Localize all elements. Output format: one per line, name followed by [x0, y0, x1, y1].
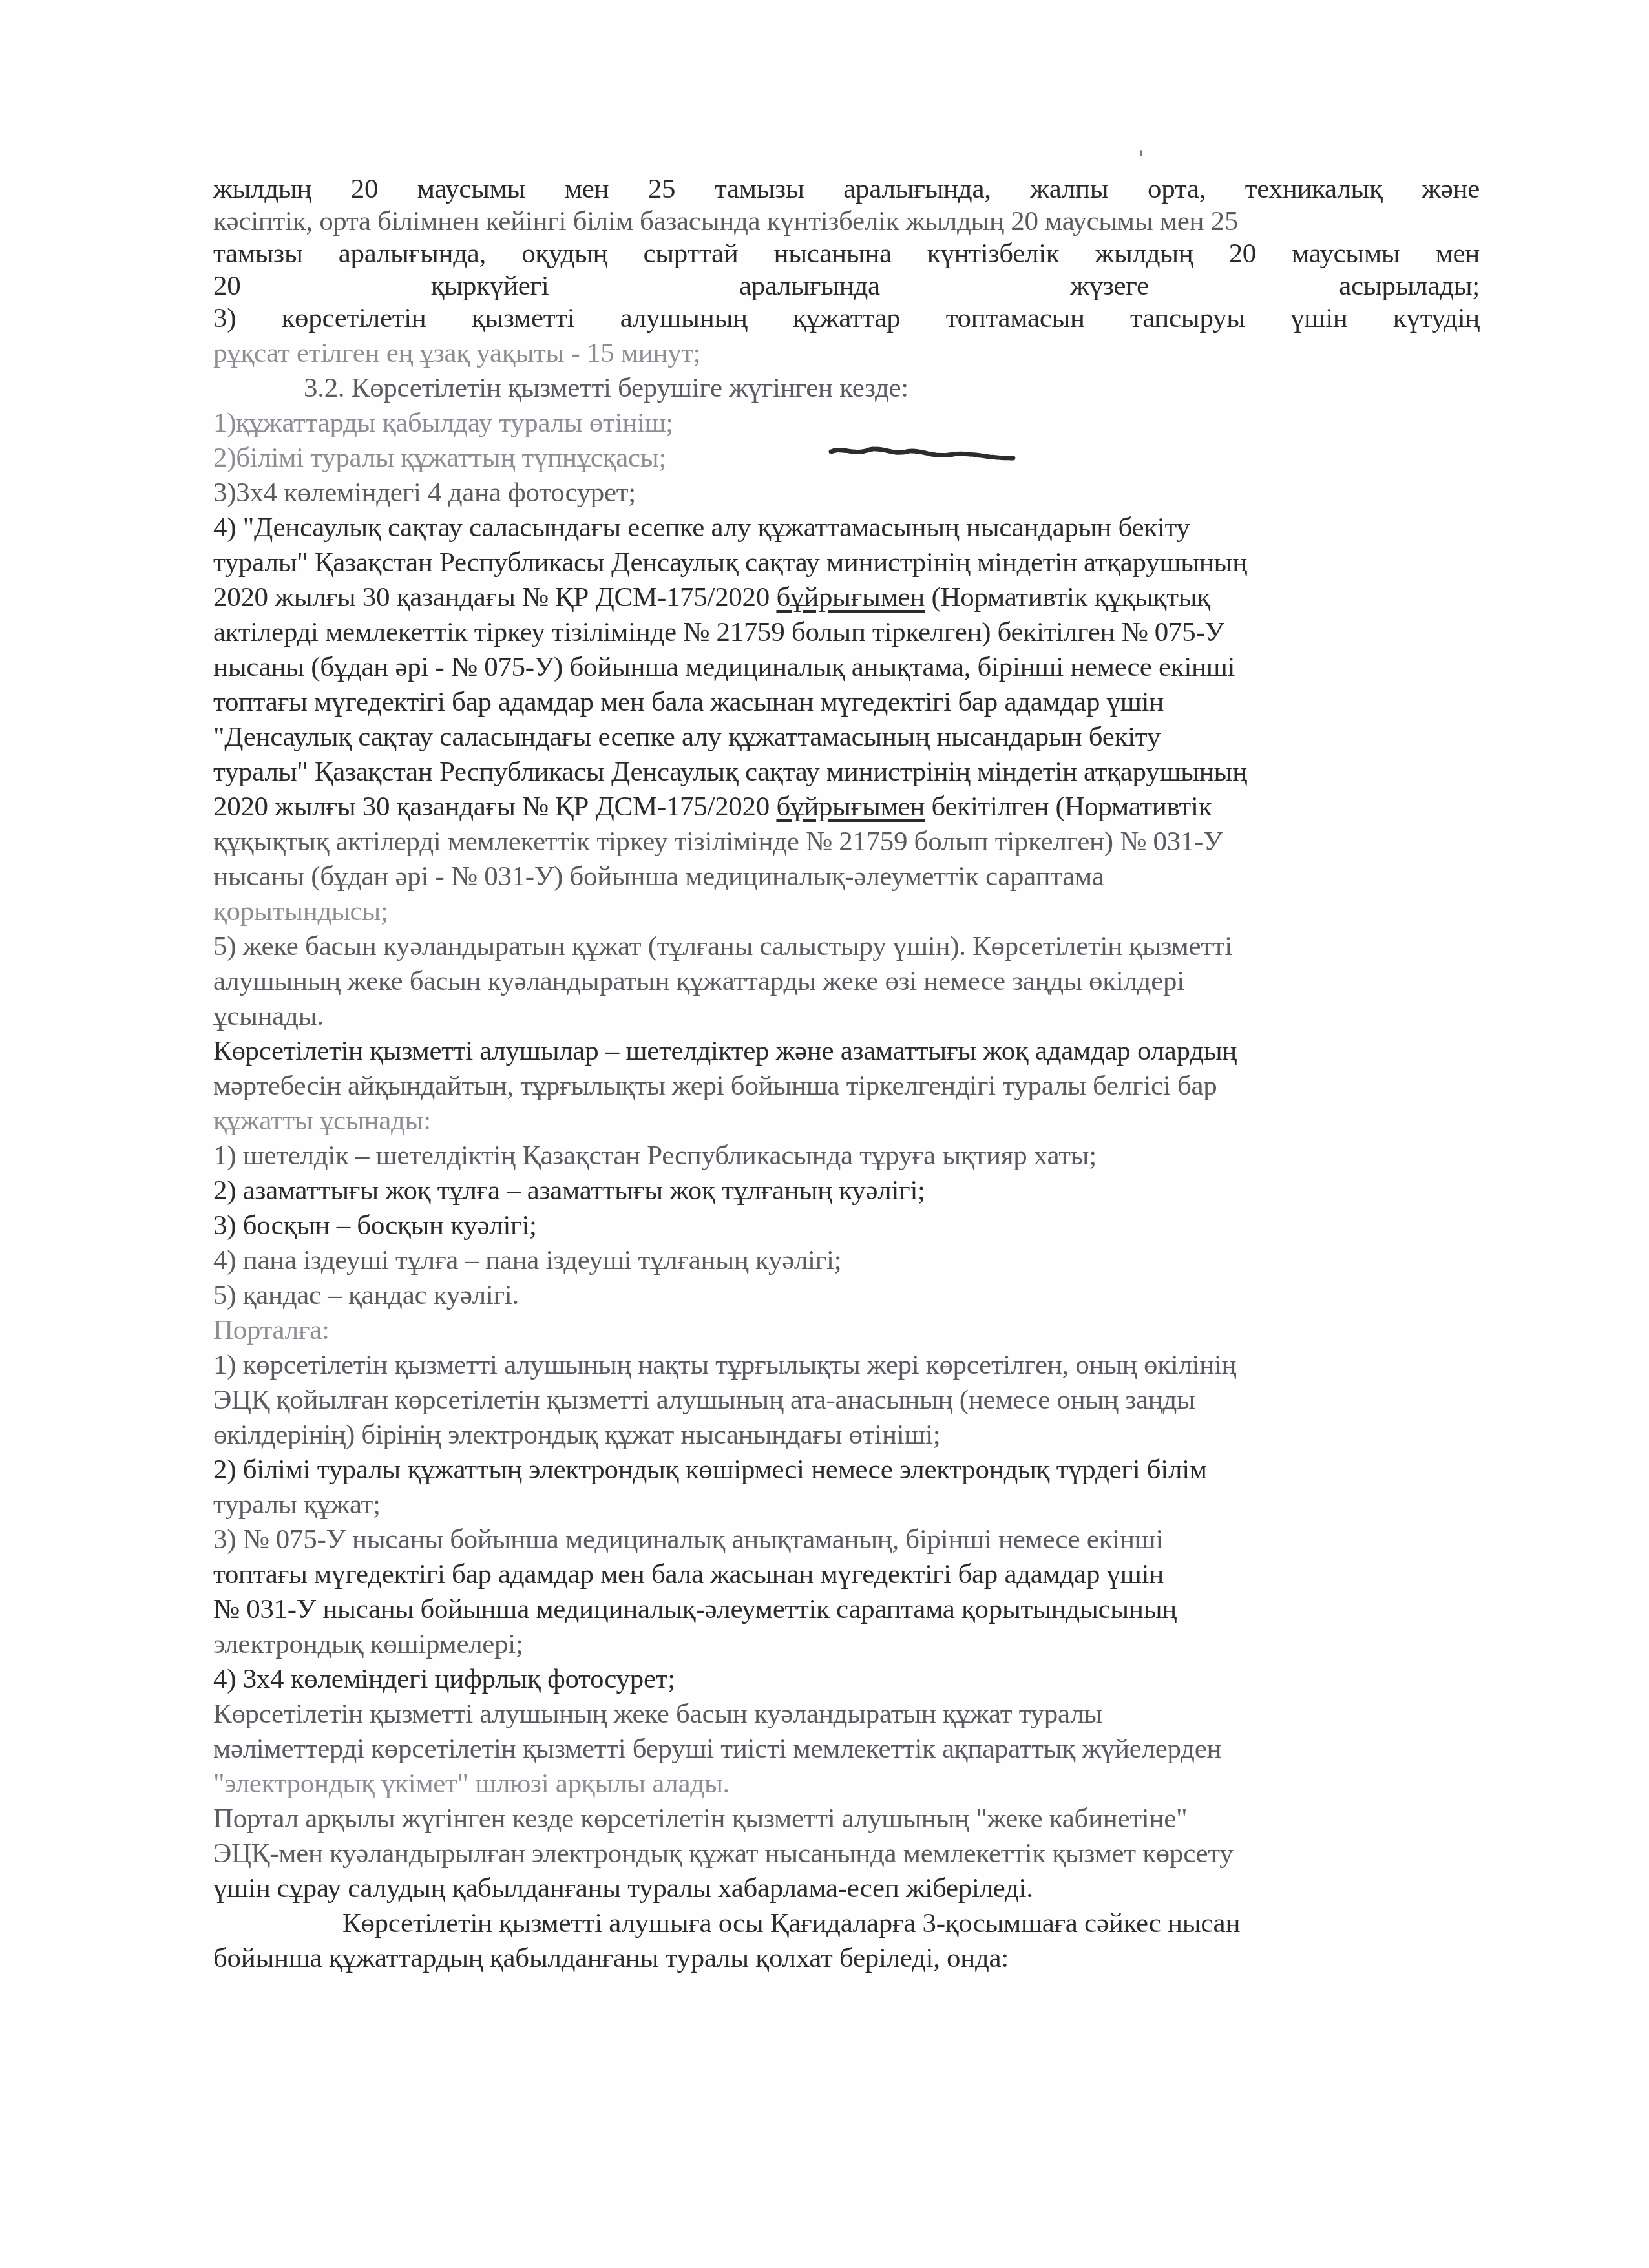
- text-line: 4) пана іздеуші тұлға – пана іздеуші тұл…: [213, 1244, 1480, 1277]
- text-segment: 2020 жылғы 30 қазандағы № ҚР ДСМ-175/202…: [213, 582, 776, 613]
- text-segment: (Нормативтік құқықтық: [925, 582, 1210, 613]
- text-line: жылдың 20 маусымы мен 25 тамызы аралығын…: [213, 173, 1480, 205]
- text-line: актілерді мемлекеттік тіркеу тізілімінде…: [213, 616, 1480, 649]
- text-line: мәліметтерді көрсетілетін қызметті беруш…: [213, 1733, 1480, 1765]
- text-line: 5) қандас – қандас куәлігі.: [213, 1279, 1480, 1312]
- text-line: 2) білімі туралы құжаттың электрондық кө…: [213, 1454, 1480, 1486]
- text-line: құқықтық актілерді мемлекеттік тіркеу ті…: [213, 826, 1480, 858]
- document-body: жылдың 20 маусымы мен 25 тамызы аралығын…: [213, 173, 1480, 1975]
- text-line: Портал арқылы жүгінген кезде көрсетілеті…: [213, 1803, 1480, 1835]
- text-line: 3) № 075-У нысаны бойынша медициналық ан…: [213, 1524, 1480, 1556]
- text-line: 2) азаматтығы жоқ тұлға – азаматтығы жоқ…: [213, 1175, 1480, 1207]
- text-line: Көрсетілетін қызметті алушылар – шетелді…: [213, 1035, 1480, 1067]
- text-line: 2020 жылғы 30 қазандағы № ҚР ДСМ-175/202…: [213, 791, 1480, 823]
- text-line: нысаны (бұдан әрі - № 075-У) бойынша мед…: [213, 651, 1480, 684]
- text-line: нысаны (бұдан әрі - № 031-У) бойынша мед…: [213, 861, 1480, 893]
- text-line: 3) көрсетілетін қызметті алушының құжатт…: [213, 302, 1480, 335]
- text-line: ұсынады.: [213, 1000, 1480, 1033]
- text-line: рұқсат етілген ең ұзақ уақыты - 15 минут…: [213, 337, 1480, 370]
- text-line: туралы" Қазақстан Республикасы Денсаулық…: [213, 547, 1480, 579]
- text-line: өкілдерінің) бірінің электрондық құжат н…: [213, 1419, 1480, 1451]
- text-line: 1)құжаттарды қабылдау туралы өтініш;: [213, 407, 1480, 439]
- text-line: 3.2. Көрсетілетін қызметті берушіге жүгі…: [213, 372, 1480, 404]
- text-line: ЭЦҚ-мен куәландырылған электрондық құжат…: [213, 1838, 1480, 1870]
- text-line: құжатты ұсынады:: [213, 1105, 1480, 1137]
- text-line: туралы" Қазақстан Республикасы Денсаулық…: [213, 756, 1480, 788]
- order-link[interactable]: бұйрығымен: [776, 582, 925, 613]
- text-line: 5) жеке басын куәландыратын құжат (тұлға…: [213, 930, 1480, 963]
- text-line: 2020 жылғы 30 қазандағы № ҚР ДСМ-175/202…: [213, 582, 1480, 614]
- text-line: 4) "Денсаулық сақтау саласындағы есепке …: [213, 512, 1480, 544]
- text-line: электрондық көшірмелері;: [213, 1628, 1480, 1661]
- text-line: топтағы мүгедектігі бар адамдар мен бала…: [213, 686, 1480, 719]
- text-line: 2)білімі туралы құжаттың түпнұсқасы;: [213, 442, 1480, 474]
- text-line: 3)3х4 көлеміндегі 4 дана фотосурет;: [213, 477, 1480, 509]
- text-line: Көрсетілетін қызметті алушыға осы Қағида…: [213, 1907, 1480, 1940]
- text-line: ЭЦҚ қойылған көрсетілетін қызметті алушы…: [213, 1384, 1480, 1416]
- text-line: № 031-У нысаны бойынша медициналық-әлеум…: [213, 1593, 1480, 1626]
- text-line: 20 қыркүйегі аралығында жүзеге асырылады…: [213, 270, 1480, 302]
- text-line: туралы құжат;: [213, 1489, 1480, 1521]
- text-line: алушының жеке басын куәландыратын құжатт…: [213, 965, 1480, 998]
- text-line: кәсіптік, орта білімнен кейінгі білім ба…: [213, 205, 1480, 238]
- text-line: қорытындысы;: [213, 896, 1480, 928]
- text-line: бойынша құжаттардың қабылданғаны туралы …: [213, 1942, 1480, 1975]
- text-segment: 2020 жылғы 30 қазандағы № ҚР ДСМ-175/202…: [213, 792, 776, 822]
- text-line: мәртебесін айқындайтын, тұрғылықты жері …: [213, 1070, 1480, 1102]
- text-line: топтағы мүгедектігі бар адамдар мен бала…: [213, 1559, 1480, 1591]
- text-line: 4) 3х4 көлеміндегі цифрлық фотосурет;: [213, 1663, 1480, 1696]
- text-line: Порталға:: [213, 1314, 1480, 1347]
- text-segment: бекітілген (Нормативтік: [925, 792, 1212, 822]
- text-line: 1) шетелдік – шетелдіктің Қазақстан Респ…: [213, 1140, 1480, 1172]
- text-line: 3) босқын – босқын куәлігі;: [213, 1210, 1480, 1242]
- text-line: тамызы аралығында, оқудың сырттай нысаны…: [213, 238, 1480, 270]
- text-line: Көрсетілетін қызметті алушының жеке басы…: [213, 1698, 1480, 1730]
- text-line: үшін сұрау салудың қабылданғаны туралы х…: [213, 1873, 1480, 1905]
- scanned-page: жылдың 20 маусымы мен 25 тамызы аралығын…: [0, 0, 1649, 2268]
- text-line: "Денсаулық сақтау саласындағы есепке алу…: [213, 721, 1480, 753]
- text-line: 1) көрсетілетін қызметті алушының нақты …: [213, 1349, 1480, 1381]
- scan-speck: [1140, 150, 1142, 156]
- text-line: "электрондық үкімет" шлюзі арқылы алады.: [213, 1768, 1480, 1800]
- order-link[interactable]: бұйрығымен: [776, 792, 925, 822]
